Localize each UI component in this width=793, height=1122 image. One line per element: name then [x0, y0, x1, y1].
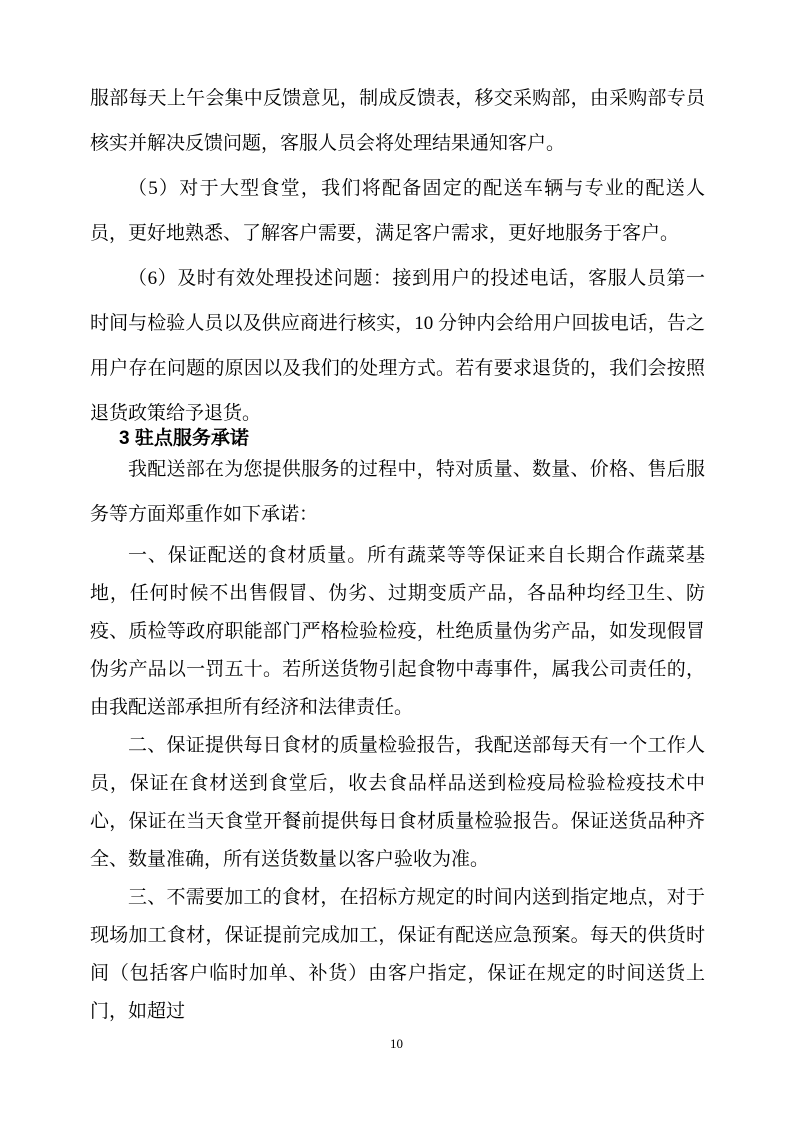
paragraph-commitment-intro: 我配送部在为您提供服务的过程中，特对质量、数量、价格、售后服务等方面郑重作如下承… [90, 447, 705, 537]
paragraph-promise-3: 三、不需要加工的食材，在招标方规定的时间内送到指定地点，对于现场加工食材，保证提… [90, 879, 705, 1031]
paragraph-promise-1: 一、保证配送的食材质量。所有蔬菜等等保证来自长期合作蔬菜基地，任何时候不出售假冒… [90, 537, 705, 727]
paragraph-item-6: （6）及时有效处理投述问题：接到用户的投述电话，客服人员第一时间与检验人员以及供… [90, 256, 705, 436]
paragraph-continuation: 服部每天上午会集中反馈意见，制成反馈表，移交采购部，由采购部专员核实并解决反馈问… [90, 76, 705, 166]
paragraph-promise-2: 二、保证提供每日食材的质量检验报告，我配送部每天有一个工作人员，保证在食材送到食… [90, 727, 705, 879]
page-number: 10 [0, 1036, 793, 1052]
page-content: 服部每天上午会集中反馈意见，制成反馈表，移交采购部，由采购部专员核实并解决反馈问… [90, 76, 705, 1031]
document-page: 服部每天上午会集中反馈意见，制成反馈表，移交采购部，由采购部专员核实并解决反馈问… [0, 0, 793, 1122]
paragraph-item-5: （5）对于大型食堂，我们将配备固定的配送车辆与专业的配送人员，更好地熟悉、了解客… [90, 166, 705, 256]
